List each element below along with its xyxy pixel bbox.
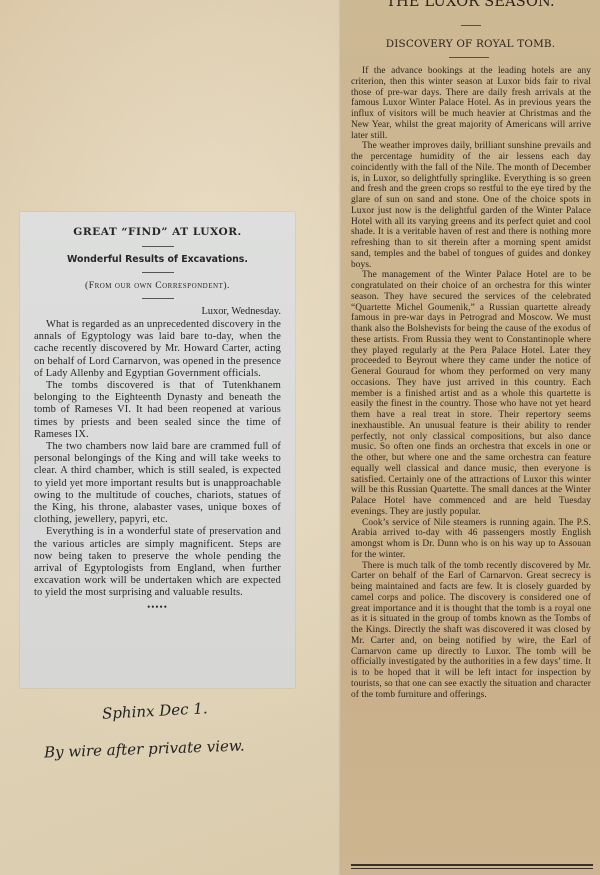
left-clipping-headline: GREAT “FIND” AT LUXOR. — [34, 226, 281, 238]
handwritten-source-date: Sphinx Dec 1. — [102, 699, 208, 723]
article-paragraph: The weather improves daily, brilliant su… — [351, 141, 591, 270]
left-newspaper-clipping: GREAT “FIND” AT LUXOR. Wonderful Results… — [20, 212, 295, 688]
article-paragraph: The management of the Winter Palace Hote… — [351, 270, 591, 517]
article-paragraph: Everything is in a wonderful state of pr… — [34, 526, 281, 599]
handwritten-note: By wire after private view. — [44, 737, 245, 762]
right-clipping-headline: THE LUXOR SEASON. — [341, 0, 600, 10]
article-paragraph: Cook’s service of Nile steamers is runni… — [351, 518, 591, 561]
article-paragraph: The tombs discovered is that of Tutenkha… — [34, 380, 281, 441]
left-clipping-subheadline: Wonderful Results of Excavations. — [34, 254, 281, 265]
left-clipping-dateline: Luxor, Wednesday. — [34, 306, 281, 317]
right-clipping-body: If the advance bookings at the leading h… — [351, 66, 591, 700]
article-paragraph: If the advance bookings at the leading h… — [351, 66, 591, 141]
article-paragraph: There is much talk of the tomb recently … — [351, 561, 591, 701]
divider-rule — [461, 25, 481, 26]
divider-rule — [142, 246, 174, 247]
end-mark: ••••• — [34, 602, 281, 612]
right-clipping-subheadline: DISCOVERY OF ROYAL TOMB. — [341, 38, 600, 50]
article-paragraph: What is regarded as an unprecedented dis… — [34, 319, 281, 380]
divider-rule — [142, 272, 174, 273]
right-newspaper-clipping: THE LUXOR SEASON. DISCOVERY OF ROYAL TOM… — [341, 0, 600, 875]
divider-rule — [142, 298, 174, 299]
column-end-rule — [351, 864, 593, 869]
article-paragraph: The two chambers now laid bare are cramm… — [34, 441, 281, 526]
left-clipping-byline: (From our own Correspondent). — [34, 280, 281, 291]
divider-rule — [449, 57, 489, 58]
